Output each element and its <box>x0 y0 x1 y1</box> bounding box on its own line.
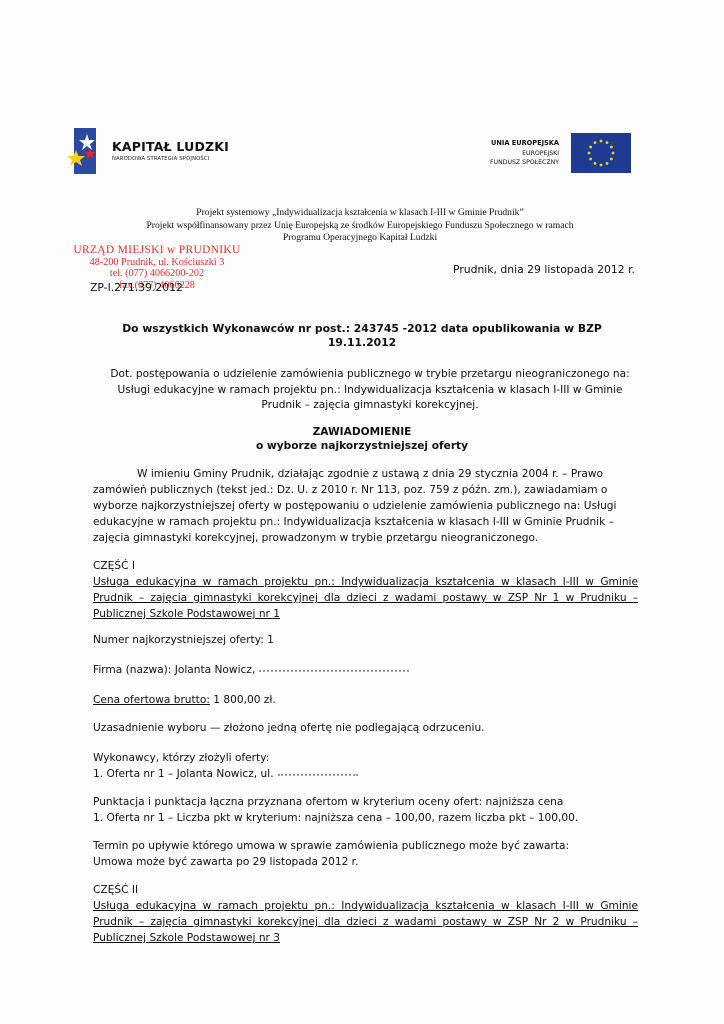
stamp-line-1: URZĄD MIEJSKI w PRUDNIKU <box>52 245 262 257</box>
logo-subtitle: NARODOWA STRATEGIA SPÓJNOŚCI <box>112 156 229 162</box>
bidders-heading: Wykonawcy, którzy złożyli oferty: <box>93 750 269 766</box>
stamp-line-2: 48-200 Prudnik, ul. Kościuszki 3 <box>52 257 262 269</box>
part-2: CZĘŚĆ II Usługa edukacyjna w ramach proj… <box>93 882 638 946</box>
subject: Dot. postępowania o udzielenie zamówieni… <box>80 367 660 414</box>
document-page: KAPITAŁ LUDZKI NARODOWA STRATEGIA SPÓJNO… <box>0 0 724 1024</box>
reference-number: ZP-I.271.39.2012 <box>90 281 183 294</box>
eu-flag-icon <box>571 133 631 173</box>
redacted-address <box>259 668 409 672</box>
price-line: Cena ofertowa brutto: 1 800,00 zł. <box>93 692 276 708</box>
bidder-1: 1. Oferta nr 1 – Jolanta Nowicz, ul. <box>93 766 358 782</box>
eu-logo-line3: FUNDUSZ SPOŁECZNY <box>490 158 559 168</box>
company-line: Firma (nazwa): Jolanta Nowicz, <box>93 662 409 678</box>
addressee-line-2: 19.11.2012 <box>60 336 664 350</box>
subject-line-1: Dot. postępowania o udzielenie zamówieni… <box>80 367 660 383</box>
part-2-title: Usługa edukacyjna w ramach projektu pn.:… <box>93 898 638 946</box>
redacted-street <box>278 772 358 776</box>
part-1-label: CZĘŚĆ I <box>93 558 638 574</box>
project-info: Projekt systemowy „Indywidualizacja kszt… <box>100 207 620 245</box>
kapital-ludzki-stars-icon <box>66 128 96 172</box>
justification: Uzasadnienie wyboru — złożono jedną ofer… <box>93 720 485 736</box>
part-2-label: CZĘŚĆ II <box>93 882 638 898</box>
eu-social-fund-logo: UNIA EUROPEJSKA EUROPEJSKI FUNDUSZ SPOŁE… <box>490 133 631 173</box>
eu-logo-line1: UNIA EUROPEJSKA <box>490 139 559 149</box>
eu-logo-line2: EUROPEJSKI <box>490 149 559 159</box>
addressee: Do wszystkich Wykonawców nr post.: 24374… <box>60 322 664 350</box>
price-value: 1 800,00 zł. <box>210 694 276 706</box>
project-line-1: Projekt systemowy „Indywidualizacja kszt… <box>100 207 620 220</box>
subject-line-2: Usługi edukacyjne w ramach projektu pn.:… <box>80 383 660 399</box>
part-1: CZĘŚĆ I Usługa edukacyjna w ramach proje… <box>93 558 638 622</box>
logo-title: KAPITAŁ LUDZKI <box>112 139 229 154</box>
price-label: Cena ofertowa brutto: <box>93 694 210 706</box>
notice-title: ZAWIADOMIENIE o wyborze najkorzystniejsz… <box>60 425 664 453</box>
company-label: Firma (nazwa): Jolanta Nowicz, <box>93 664 255 676</box>
kapital-ludzki-logo: KAPITAŁ LUDZKI NARODOWA STRATEGIA SPÓJNO… <box>66 128 229 172</box>
deadline-text: Umowa może być zawarta po 29 listopada 2… <box>93 854 358 870</box>
notice-title-line-2: o wyborze najkorzystniejszej oferty <box>60 439 664 453</box>
scoring-1: 1. Oferta nr 1 – Liczba pkt w kryterium:… <box>93 810 578 826</box>
intro-paragraph: W imieniu Gminy Prudnik, działając zgodn… <box>93 466 638 546</box>
project-line-3: Programu Operacyjnego Kapitał Ludzki <box>100 232 620 245</box>
deadline-heading: Termin po upływie którego umowa w sprawi… <box>93 838 569 854</box>
project-line-2: Projekt współfinansowany przez Unię Euro… <box>100 220 620 233</box>
date-line: Prudnik, dnia 29 listopada 2012 r. <box>453 263 635 276</box>
bidder-1-text: 1. Oferta nr 1 – Jolanta Nowicz, ul. <box>93 768 274 780</box>
best-offer-number: Numer najkorzystniejszej oferty: 1 <box>93 632 274 648</box>
addressee-line-1: Do wszystkich Wykonawców nr post.: 24374… <box>60 322 664 336</box>
stamp-line-3: tel. (077) 4066200-202 <box>52 268 262 280</box>
part-1-title: Usługa edukacyjna w ramach projektu pn.:… <box>93 574 638 622</box>
subject-line-3: Prudnik – zajęcia gimnastyki korekcyjnej… <box>80 398 660 414</box>
scoring-heading: Punktacja i punktacja łączna przyznana o… <box>93 794 563 810</box>
notice-title-line-1: ZAWIADOMIENIE <box>60 425 664 439</box>
